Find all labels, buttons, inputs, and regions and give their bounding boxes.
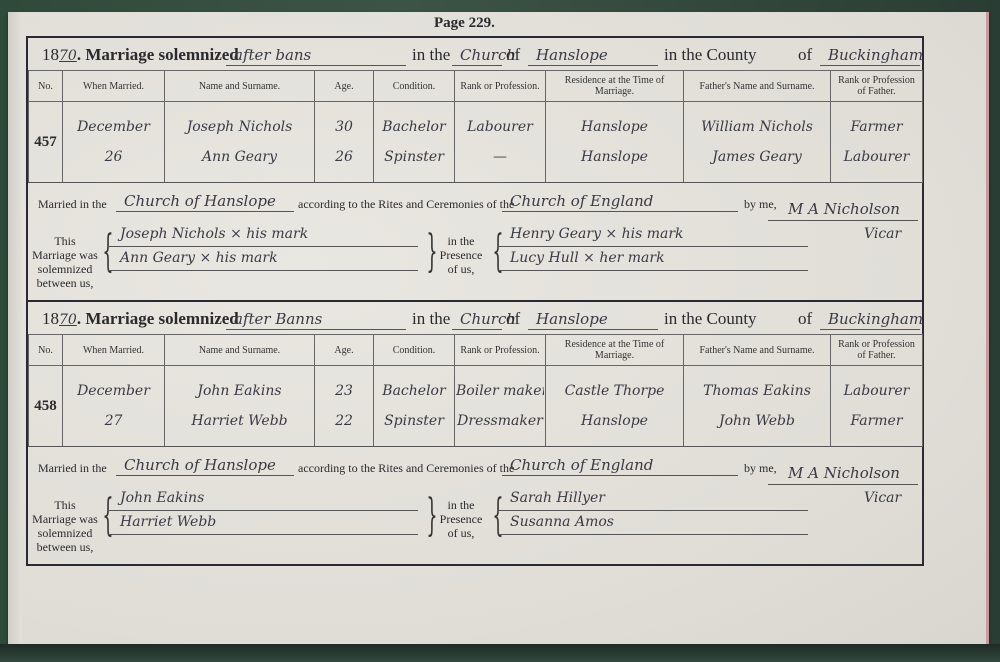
names: John EakinsHarriet Webb [165,366,315,447]
solemnized-by-field: after Banns [226,311,406,330]
party-signature: Harriet Webb [108,516,418,535]
rites-field: Church of England [502,193,738,212]
party-signature: John Eakins [108,492,418,511]
column-header: Father's Name and Surname. [684,71,831,102]
label-presence: in the Presence of us, [436,498,486,540]
label-this-marriage: This Marriage was solemnized between us, [32,234,98,290]
register-page: Page 229. 1870. Marriage solemnized afte… [8,12,989,644]
label-of: of [506,45,520,65]
page-number: Page 229. [434,15,495,32]
married-in-field: Church of Hanslope [116,457,294,476]
year: 1870. Marriage solemnized [42,45,239,65]
column-header: When Married. [63,335,165,366]
label-this-marriage: This Marriage was solemnized between us, [32,498,98,554]
fathers-professions: FarmerLabourer [831,102,923,183]
year: 1870. Marriage solemnized [42,309,239,329]
label-county: in the County [664,45,757,65]
county-field: Buckingham [820,311,920,330]
fathers-names: Thomas EakinsJohn Webb [684,366,831,447]
witness-signature: Lucy Hull × her mark [498,252,808,271]
ages: 2322 [315,366,374,447]
label-in-the: in the [412,309,450,329]
label-of: of [506,309,520,329]
column-header: Rank or Profession of Father. [831,71,923,102]
column-header: Name and Surname. [165,335,315,366]
solemnized-by-field: after bans [226,47,406,66]
church-field: Church [452,311,502,330]
residences: HanslopeHanslope [546,102,684,183]
column-header: Rank or Profession. [455,71,546,102]
professions: Labourer— [455,102,546,183]
party-signature: Joseph Nichols × his mark [108,228,418,247]
officiant-title: Vicar [864,490,901,506]
column-header: Rank or Profession. [455,335,546,366]
parish-field: Hanslope [528,47,658,66]
column-header: Condition. [374,335,455,366]
marriage-entry: 1870. Marriage solemnized after Banns in… [26,300,924,566]
entry-number: 457 [29,102,63,183]
label-in-the: in the [412,45,450,65]
when-married: December27 [63,366,165,447]
column-header: Father's Name and Surname. [684,335,831,366]
when-married: December26 [63,102,165,183]
entry-header-line: 1870. Marriage solemnized after bans in … [28,38,922,70]
married-in-field: Church of Hanslope [116,193,294,212]
names: Joseph NicholsAnn Geary [165,102,315,183]
label-county-of: of [798,309,812,329]
column-header: Residence at the Time of Marriage. [546,71,684,102]
marriage-entry: 1870. Marriage solemnized after bans in … [26,36,924,302]
party-signature: Ann Geary × his mark [108,252,418,271]
witness-signature: Sarah Hillyer [498,492,808,511]
column-header: No. [29,335,63,366]
conditions: BachelorSpinster [374,102,455,183]
fathers-professions: LabourerFarmer [831,366,923,447]
residences: Castle ThorpeHanslope [546,366,684,447]
column-header: Name and Surname. [165,71,315,102]
entry-table: No.When Married.Name and Surname.Age.Con… [28,70,923,183]
book-edge [0,644,1000,662]
witness-signature: Henry Geary × his mark [498,228,808,247]
entry-table: No.When Married.Name and Surname.Age.Con… [28,334,923,447]
officiant-signature: M A Nicholson [768,464,918,485]
column-header: When Married. [63,71,165,102]
column-header: Age. [315,71,374,102]
officiant-title: Vicar [864,226,901,242]
column-header: No. [29,71,63,102]
witness-signature: Susanna Amos [498,516,808,535]
label-presence: in the Presence of us, [436,234,486,276]
officiant-signature: M A Nicholson [768,200,918,221]
column-header: Age. [315,335,374,366]
column-header: Rank or Profession of Father. [831,335,923,366]
signatures: This Marriage was solemnized between us,… [28,222,922,300]
label-county: in the County [664,309,757,329]
column-header: Condition. [374,71,455,102]
professions: Boiler makerDressmaker [455,366,546,447]
column-header: Residence at the Time of Marriage. [546,335,684,366]
church-field: Church [452,47,502,66]
signatures: This Marriage was solemnized between us,… [28,486,922,564]
rites-field: Church of England [502,457,738,476]
parish-field: Hanslope [528,311,658,330]
book-spine [8,12,22,644]
label-county-of: of [798,45,812,65]
entry-number: 458 [29,366,63,447]
entry-header-line: 1870. Marriage solemnized after Banns in… [28,302,922,334]
fathers-names: William NicholsJames Geary [684,102,831,183]
conditions: BachelorSpinster [374,366,455,447]
ages: 3026 [315,102,374,183]
county-field: Buckingham [820,47,920,66]
